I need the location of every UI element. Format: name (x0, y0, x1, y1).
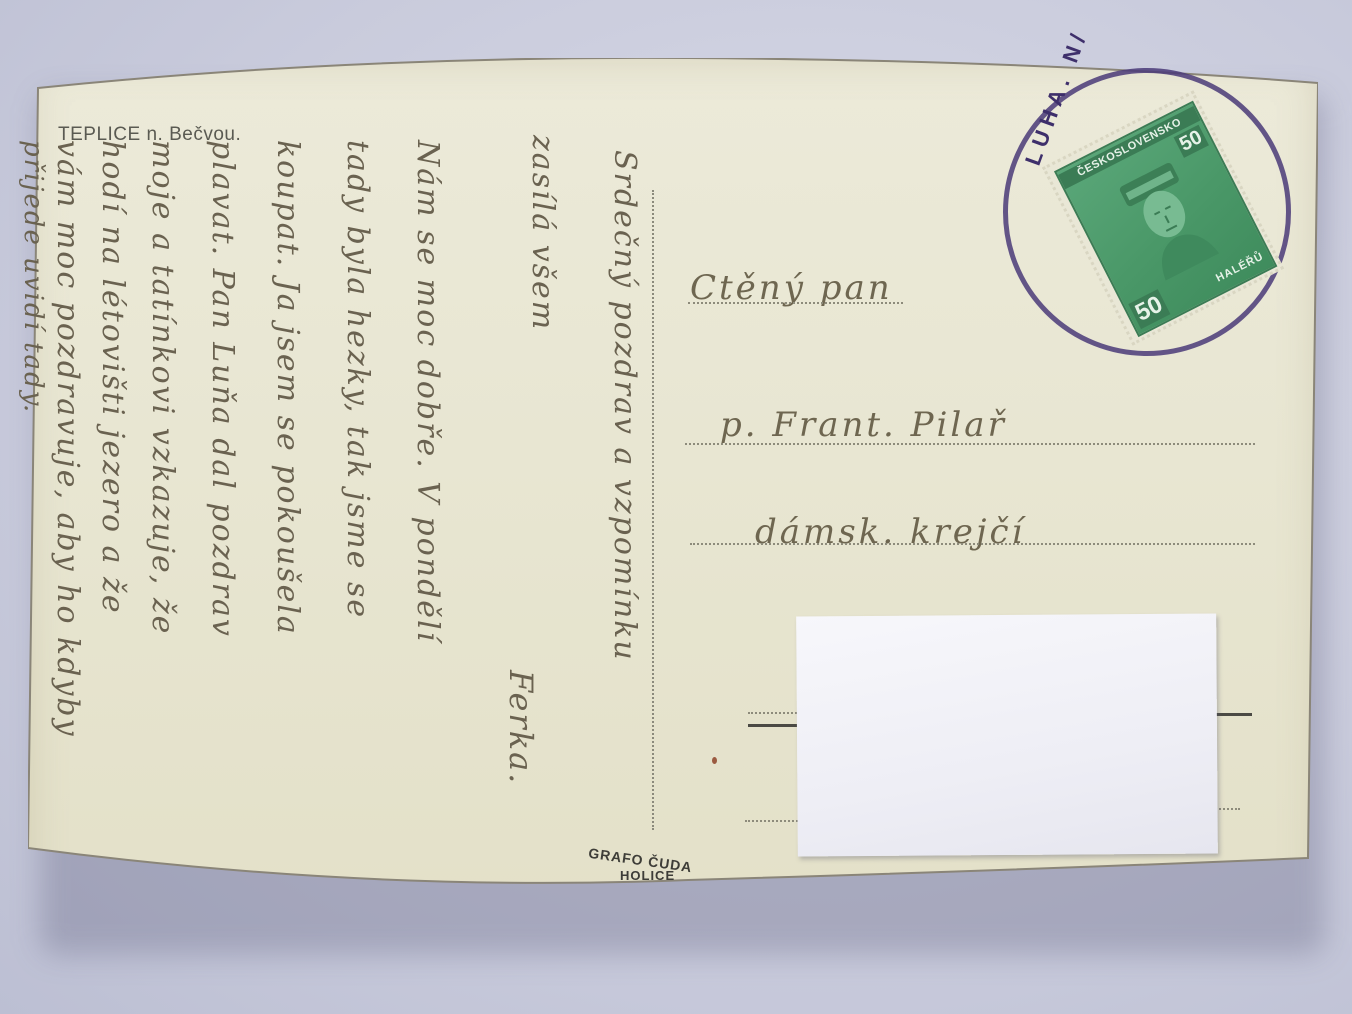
message-line: moje a tatínkovi vzkazuje, že (145, 140, 180, 635)
message-line: koupat. Ja jsem se pokoušela (270, 140, 305, 636)
address-solid-line-left (748, 724, 803, 727)
address-line-3 (690, 543, 1255, 545)
ink-speck (712, 757, 717, 764)
address-occupation: dámsk. krejčí (755, 512, 1025, 552)
dotted-divider (652, 190, 654, 830)
message-line: přijede uvidí tady. (18, 140, 48, 414)
address-name: p. Frant. Pilař (720, 405, 1007, 445)
covering-paper-label (796, 614, 1218, 857)
address-line-1 (688, 302, 903, 304)
address-line-5 (745, 820, 805, 822)
stamp-portrait-icon (1107, 152, 1226, 285)
message-signature: Ferka. (502, 670, 540, 785)
stamp-currency: HALÉŘŮ (1214, 250, 1266, 284)
message-line: plavat. Pan Luňa dal pozdrav (205, 140, 240, 638)
message-line: hodí na létovišti jezero a že (95, 140, 130, 615)
message-line: zasílá všem (525, 135, 560, 331)
message-line: Srdečný pozdrav a vzpomínku (607, 150, 642, 662)
message-line: vám moc pozdravuje, aby ho kdyby (50, 140, 85, 738)
message-line: Nám se moc dobře. V pondělí (410, 140, 445, 643)
printer-mark-city: HOLICE (620, 868, 675, 883)
address-line-2 (685, 443, 1255, 445)
stamp-value-bottom: 50 (1128, 289, 1170, 329)
message-line: tady byla hezky, tak jsme se (340, 140, 375, 619)
address-solid-line-right (1212, 713, 1252, 716)
printer-mark: GRAFO ČUDA HOLICE (588, 852, 718, 892)
